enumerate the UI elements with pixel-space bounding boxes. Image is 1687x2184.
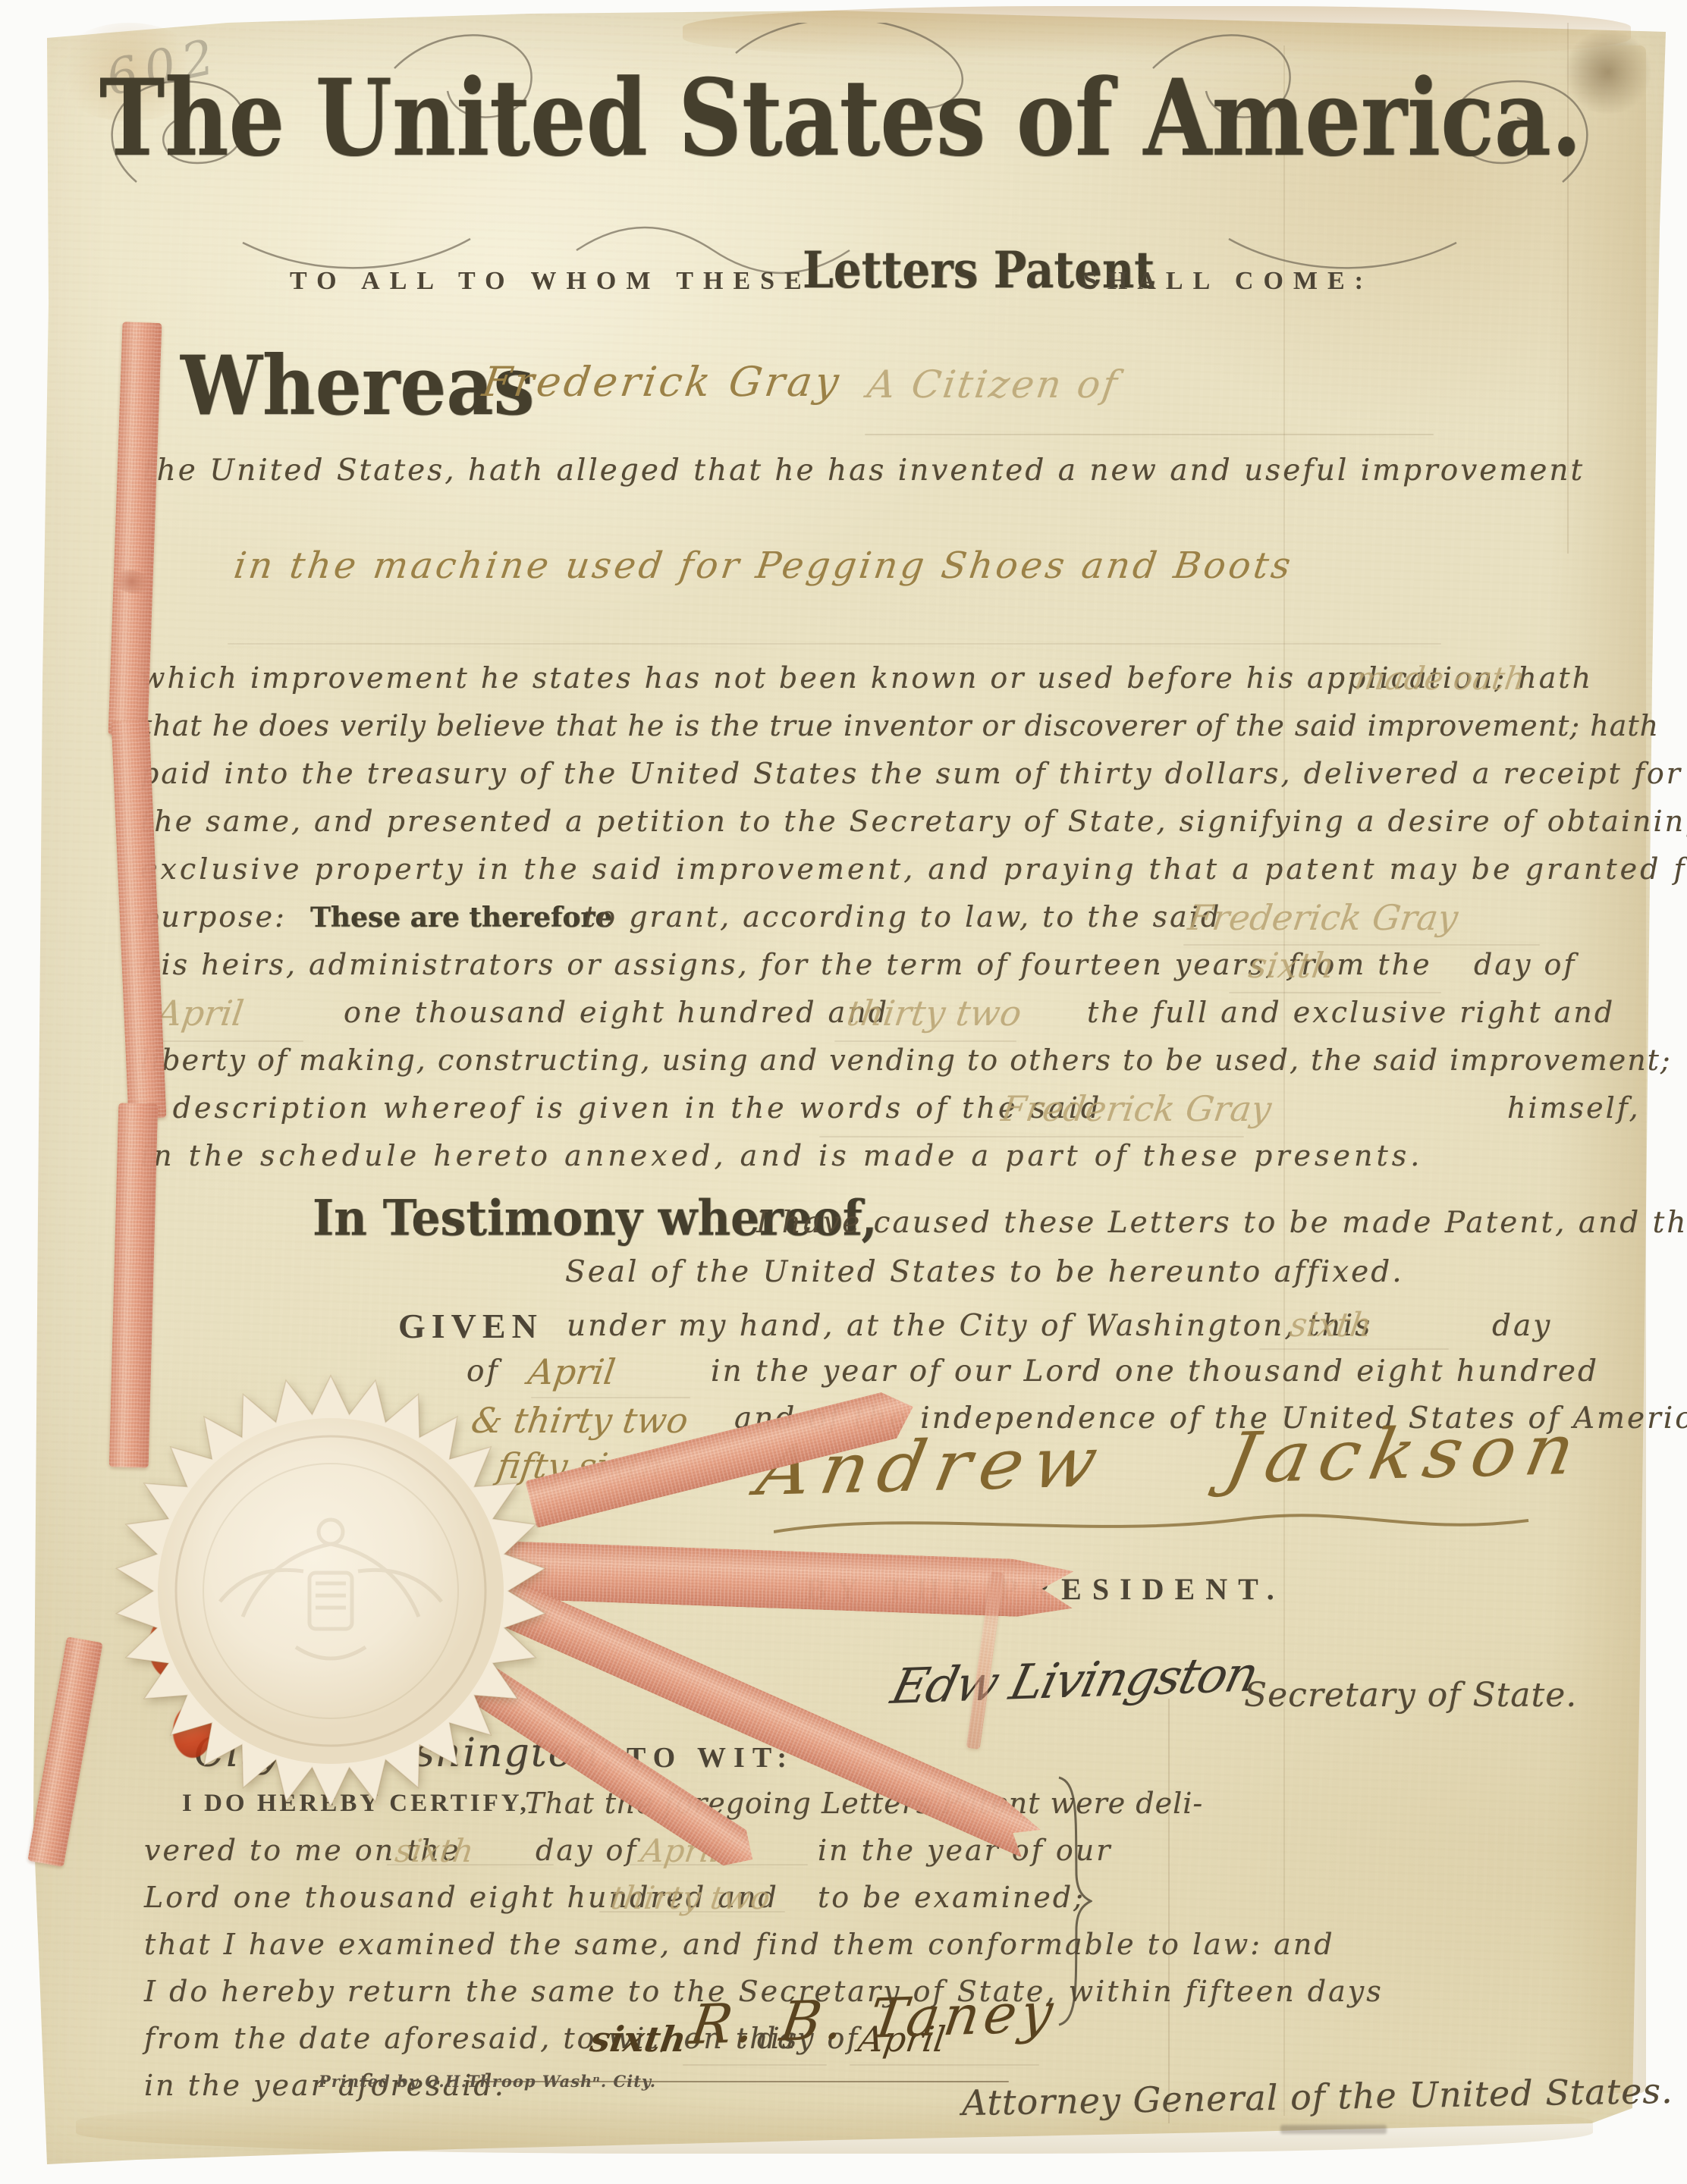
grant-line-8-mid: one thousand eight hundred and <box>344 996 889 1029</box>
given-day-word: day <box>1492 1309 1552 1343</box>
grant-line-1-hand: made oath <box>1352 660 1528 697</box>
grant-line-10-end: himself, <box>1507 1091 1641 1125</box>
cert-line-4-text: that I have examined the same, and find … <box>144 1928 1335 1961</box>
blank-rule <box>834 1040 1016 1042</box>
grant-line-8-month: April <box>154 993 247 1034</box>
cert-line-6-day: sixth <box>588 2019 689 2060</box>
printer-credit: Printed by O.H.Throop Washⁿ. City. <box>319 2072 656 2091</box>
grant-line-11-text: in the schedule hereto annexed, and is m… <box>140 1139 1423 1172</box>
grant-line-6-purpose: purpose: <box>140 900 287 934</box>
cert-line-3-hand: thirty two <box>608 1879 772 1916</box>
secretary-title: Secretary of State. <box>1244 1676 1577 1715</box>
grant-line-8-end: the full and exclusive right and <box>1087 996 1615 1029</box>
invention-line: in the machine used for Pegging Shoes an… <box>231 544 1296 587</box>
grant-line-10-text: a description whereof is given in the wo… <box>140 1091 1102 1125</box>
grant-line-2-text: that he does verily believe that he is t… <box>140 709 1659 742</box>
patentee-name: Frederick Gray <box>479 358 844 406</box>
given-word: GIVEN <box>398 1306 543 1346</box>
blank-rule <box>1183 944 1540 946</box>
cert-line-2-b: day of <box>536 1834 638 1867</box>
given-day-hand: sixth <box>1287 1306 1374 1345</box>
grant-line-1: which improvement he states has not been… <box>140 661 1559 707</box>
blank-rule <box>865 434 1434 435</box>
letters-patent-document: 602 The United States of America. TO ALL… <box>0 0 1687 2184</box>
blank-rule <box>1229 992 1441 993</box>
cert-line-3-b: to be examined; <box>818 1881 1085 1914</box>
grant-line-8-year: thirty two <box>844 993 1024 1034</box>
blank-rule <box>144 1040 303 1042</box>
grant-line-7-end: day of <box>1474 948 1576 981</box>
grant-line-7-hand: sixth <box>1246 945 1337 986</box>
document-title: The United States of America. <box>99 56 1582 180</box>
cert-line-2-day: sixth <box>393 1832 476 1869</box>
grant-line-6-hand: Frederick Gray <box>1186 897 1460 938</box>
blank-rule <box>850 2064 1039 2066</box>
grant-line-10-hand: Frederick Gray <box>999 1088 1274 1129</box>
given-year-line: in the year of our Lord one thousand eig… <box>711 1354 1599 1389</box>
salutation-pre: TO ALL TO WHOM THESE <box>290 267 812 296</box>
grant-line-7-text: his heirs, administrators or assigns, fo… <box>140 948 1432 981</box>
salutation-post: SHALL COME: <box>1083 267 1373 296</box>
certification-brace <box>1056 1776 1092 2026</box>
grant-line-6-rest: to grant, according to law, to the said <box>584 900 1221 934</box>
blank-rule <box>819 1136 1244 1137</box>
testimony-line1: I have caused these Letters to be made P… <box>756 1206 1687 1240</box>
grant-line-6-gothic: These are therefore <box>310 902 612 934</box>
engraver-mark <box>1280 2125 1387 2134</box>
grant-line-3-text: paid into the treasury of the United Sta… <box>140 757 1682 790</box>
blank-rule <box>683 2064 827 2066</box>
blank-rule <box>228 643 1441 645</box>
president-signature-flourish <box>774 1505 1532 1551</box>
great-seal-embossed <box>114 1374 548 1808</box>
blank-rule <box>1259 1348 1449 1350</box>
attorney-signature: R. B. Taney <box>686 1980 1061 2057</box>
alleged-line: the United States, hath alleged that he … <box>143 453 1585 488</box>
given-rest: under my hand, at the City of Washington… <box>567 1309 1372 1343</box>
grant-line-5-text: exclusive property in the said improveme… <box>140 852 1687 886</box>
grant-line-4-text: the same, and presented a petition to th… <box>140 805 1687 838</box>
blank-rule <box>531 1397 690 1398</box>
testimony-line2: Seal of the United States to be hereunto… <box>565 1255 1404 1289</box>
citizen-phrase: A Citizen of <box>865 362 1122 406</box>
grant-line-9-text: liberty of making, constructing, using a… <box>140 1043 1672 1077</box>
